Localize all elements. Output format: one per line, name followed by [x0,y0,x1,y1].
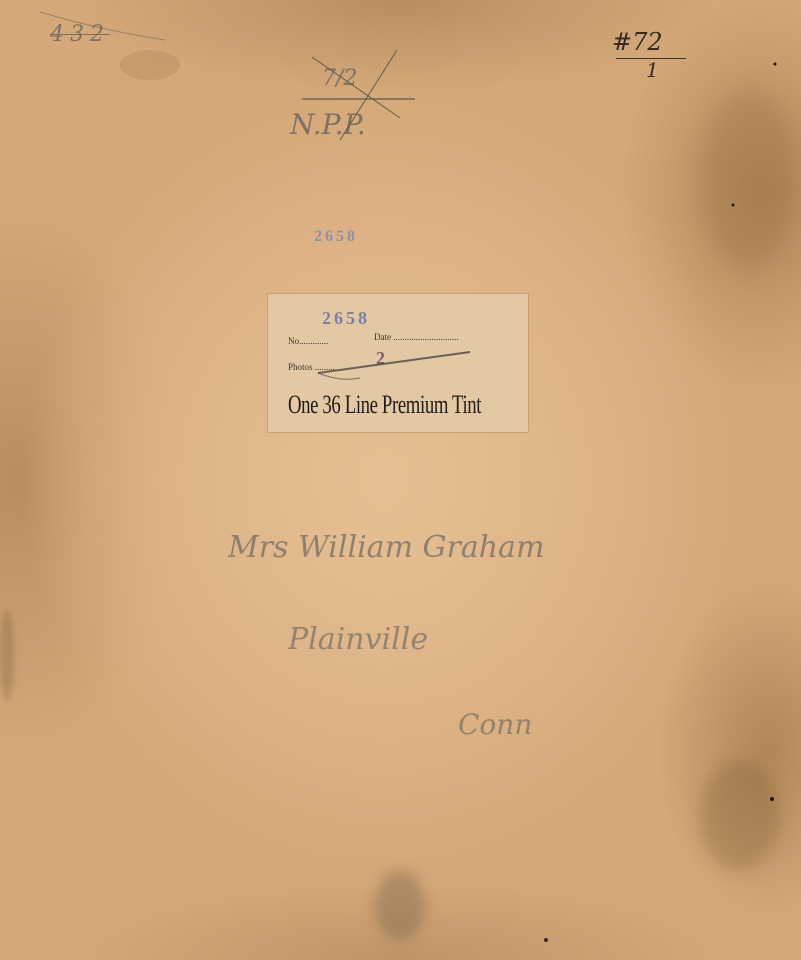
stamped-number: 2658 [314,228,358,246]
no-label: No. [288,336,301,346]
fingerprint-smudge [375,870,425,940]
crossed-initials: N.P.P. [290,108,366,141]
label-stamped-number: 2658 [322,308,370,329]
stain [700,90,800,270]
label-title: One 36 Line Premium Tint [288,390,481,420]
card-back: 432 #72 1 7/2 N.P.P. 2658 2658 No.......… [0,0,801,960]
date-dots: ............................. [393,332,458,342]
date-field: Date ............................. [374,332,459,342]
inscription-state: Conn [458,708,532,741]
pencil-marks [0,0,801,960]
photos-dots: ......... [315,362,335,372]
photos-field: Photos ......... [288,362,335,372]
no-dots: ............ [301,336,328,346]
stain [120,50,180,80]
inscription-name: Mrs William Graham [228,530,544,565]
corner-number-top-left: 432 [50,22,110,47]
crossed-number: 7/2 [322,66,357,91]
inscription-town: Plainville [288,622,428,657]
stain [0,610,14,700]
corner-number-top-right: #72 [612,28,663,56]
order-label: 2658 No............. Date ..............… [268,294,528,432]
no-field: No............. [288,336,328,346]
photos-label: Photos [288,362,313,372]
date-label: Date [374,332,391,342]
photos-value: 2 [376,348,385,369]
stain [700,760,780,870]
corner-denominator: 1 [646,58,659,82]
